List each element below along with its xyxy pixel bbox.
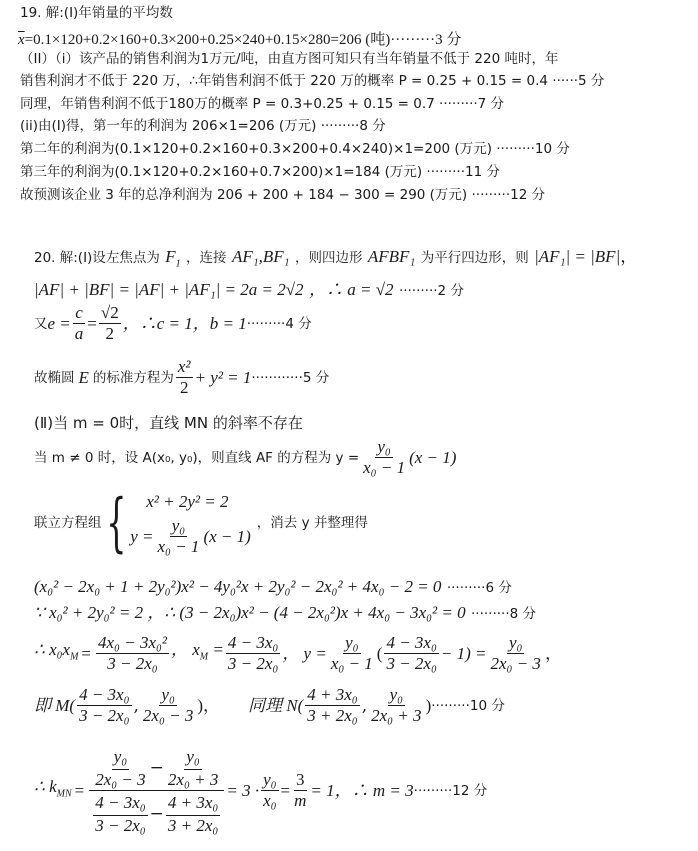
xm-prefix: ∴ x₀x xyxy=(34,640,70,659)
line3-rest: ，∴c = 1，b = 1 xyxy=(123,315,247,333)
frac-slope: y₀x₀ − 1 xyxy=(361,437,407,478)
equation-8: ∵ x₀² + 2y₀² = 2 ，∴ (3 − 2x₀)x² − (4 − 2… xyxy=(34,604,536,623)
line3-e: e = xyxy=(48,315,71,333)
point-M-label: 即 M( xyxy=(34,697,75,715)
system-after: ，消去 y 并整理得 xyxy=(257,514,368,532)
brace-icon: { xyxy=(106,493,126,553)
line6-prefix: 当 m ≠ 0 时，设 A(x₀, y₀)，则直线 AF 的方程为 y = xyxy=(34,449,359,467)
line4-rest: + y² = 1 xyxy=(195,369,252,387)
problem-20-intro: 20. 解:(Ⅰ)设左焦点为 F1 ，连接 AF₁,BF₁ ，则四边形 AFBF… xyxy=(34,248,637,273)
intro-mid2: ，则四边形 xyxy=(295,250,363,266)
eq6-expr: (x₀² − 2x₀ + 1 + 2y₀²)x² − 4y₀²x + 2y₀² … xyxy=(34,577,441,596)
problem-19-title: 19. 解:(I)年销量的平均数 xyxy=(20,4,173,22)
segments-AF1-BF1: AF₁,BF₁ xyxy=(232,247,290,266)
line2-sum: |AF| + |BF| = |AF| + |AF₁| = 2a = 2√2 ，∴… xyxy=(34,281,464,300)
system-eq1: x² + 2y² = 2 xyxy=(130,488,251,516)
system-equations: x² + 2y² = 2 y = y₀x₀ − 1 (x − 1) xyxy=(130,488,251,557)
line3-eccentricity: 又 e = ca = √22 ，∴c = 1，b = 1 ·········4 … xyxy=(34,303,312,344)
score-2: ·········2 分 xyxy=(399,283,464,299)
ellipse-E: E xyxy=(79,369,89,387)
slope-kMN-line: ∴ kMN = y₀2x₀ − 3− y₀2x₀ + 3 4 − 3x₀3 − … xyxy=(34,745,487,836)
quadrilateral: AFBF₁ xyxy=(368,247,415,266)
line4-ellipse-equation: 故椭圆 E 的标准方程为 x²2 + y² = 1 ············5 … xyxy=(34,357,329,398)
part2-i-line2: 销售利润才不低于 220 万，∴年销售利润不低于 220 万的概率 P = 0.… xyxy=(20,72,604,90)
intro-mid3: 为平行四边形，则 xyxy=(421,250,529,266)
mean-formula: x=0.1×120+0.2×160+0.3×200+0.25×240+0.15×… xyxy=(18,30,461,49)
score-4: ·········4 分 xyxy=(247,315,312,333)
point-N-label: 同理 N( xyxy=(248,697,303,715)
system-eq2: y = y₀x₀ − 1 (x − 1) xyxy=(130,516,251,557)
score-8: ·········8 分 xyxy=(471,606,536,622)
score-12: ·········12 分 xyxy=(414,782,488,800)
year3-profit-line: 第三年的利润为(0.1×120+0.2×160+0.7×200)×1=184 (… xyxy=(20,163,500,181)
score-5: ············5 分 xyxy=(251,369,329,387)
k-prefix: ∴ k xyxy=(34,777,57,796)
complex-fraction: y₀2x₀ − 3− y₀2x₀ + 3 4 − 3x₀3 − 2x₀− 4 +… xyxy=(89,745,224,836)
score-10: ·········10 分 xyxy=(431,697,505,715)
mean-symbol: x xyxy=(18,32,25,48)
line3-prefix: 又 xyxy=(34,315,48,333)
xm-line: ∴ x₀xM = 4x₀ − 3x₀²3 − 2x₀ ， xM = 4 − 3x… xyxy=(34,633,562,674)
eq8-expr: ∵ x₀² + 2y₀² = 2 ，∴ (3 − 2x₀)x² − (4 − 2… xyxy=(34,603,466,622)
line6-rest: (x − 1) xyxy=(409,449,456,467)
intro-mid1: ，连接 xyxy=(186,250,227,266)
year2-profit-line: 第二年的利润为(0.1×120+0.2×160+0.3×200+0.4×240)… xyxy=(20,140,570,158)
total-profit-line: 故预测该企业 3 年的总净利润为 206 + 200 + 184 − 300 =… xyxy=(20,186,545,204)
line4-mid: 的标准方程为 xyxy=(93,369,174,387)
line4-prefix: 故椭圆 xyxy=(34,369,75,387)
M-N-line: 即 M( 4 − 3x₀3 − 2x₀, y₀2x₀ − 3 )， 同理 N( … xyxy=(34,685,505,726)
frac-yM-slope: y₀x₀ − 1 xyxy=(329,633,375,674)
frac-c-over-a: ca xyxy=(73,303,86,344)
system-label: 联立方程组 xyxy=(34,514,102,532)
line2-therefore: ，∴ a = √2 xyxy=(309,280,394,299)
frac-x0xM: 4x₀ − 3x₀²3 − 2x₀ xyxy=(96,633,169,674)
score-6: ·········6 分 xyxy=(447,580,512,596)
equation-system: 联立方程组 { x² + 2y² = 2 y = y₀x₀ − 1 (x − 1… xyxy=(34,488,368,557)
similarly-line: 同理，年销售利润不低于180万的概率 P = 0.3+0.25 + 0.15 =… xyxy=(20,95,504,113)
equality-AF1-BF: |AF₁| = |BF| xyxy=(534,247,620,266)
line6-line-AF: 当 m ≠ 0 时，设 A(x₀, y₀)，则直线 AF 的方程为 y = y₀… xyxy=(34,437,456,478)
frac-xM: 4 − 3x₀3 − 2x₀ xyxy=(226,633,280,674)
line2-expr: |AF| + |BF| = |AF| + |AF₁| = 2a = 2√2 xyxy=(34,280,304,299)
line5-m-zero: (Ⅱ)当 m = 0时，直线 MN 的斜率不存在 xyxy=(34,414,303,432)
frac-sqrt2-over-2: √22 xyxy=(99,303,121,344)
focus-F1: F1 xyxy=(165,247,180,266)
part2-i-line1: （II）（i）该产品的销售利润为1万元/吨，由直方图可知只有当年销量不低于 22… xyxy=(20,50,558,68)
frac-x2-over-2: x²2 xyxy=(176,357,193,398)
mean-expression: =0.1×120+0.2×160+0.3×200+0.25×240+0.15×2… xyxy=(25,32,462,48)
equation-6: (x₀² − 2x₀ + 1 + 2y₀²)x² − 4y₀²x + 2y₀² … xyxy=(34,578,512,597)
part2-ii-line: (ii)由(I)得，第一年的利润为 206×1=206 (万元) ·······… xyxy=(20,117,386,135)
intro-end: ， xyxy=(620,247,637,267)
intro-prefix: 20. 解:(Ⅰ)设左焦点为 xyxy=(34,250,160,266)
frac-yM: y₀2x₀ − 3 xyxy=(489,633,543,674)
